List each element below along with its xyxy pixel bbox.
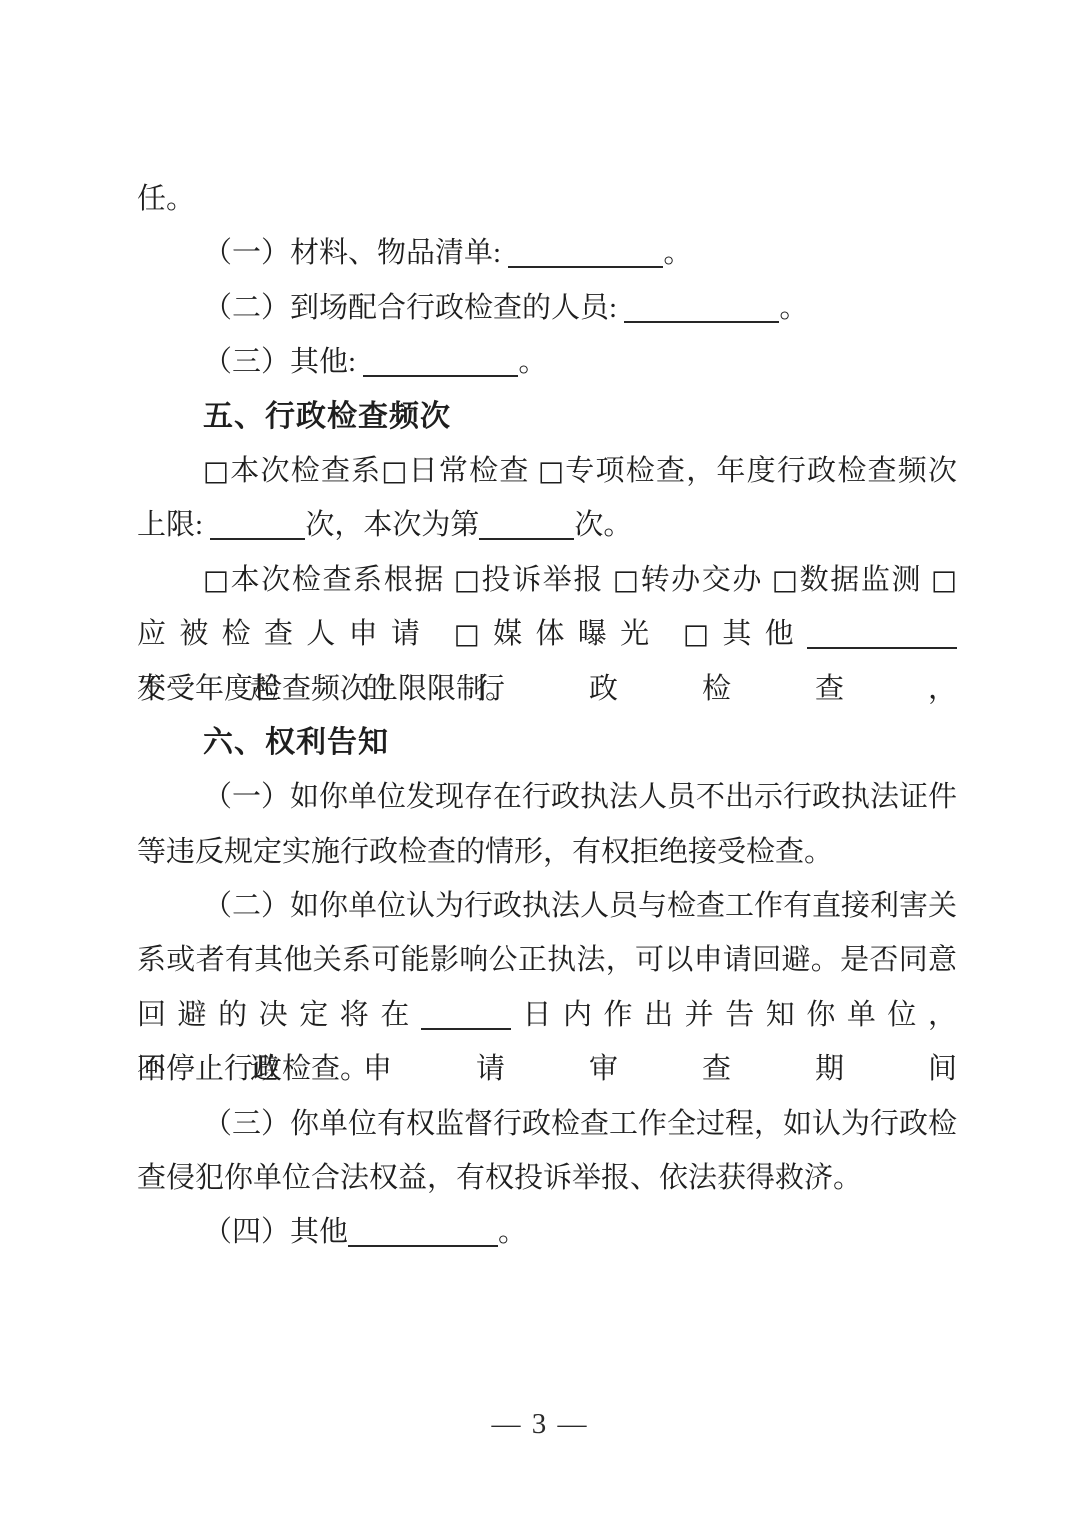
text-run: 不受年度检查频次上限限制。 xyxy=(137,673,514,705)
checkbox-icon: □ xyxy=(203,455,230,487)
text-run: 回避的决定将在 xyxy=(137,999,421,1031)
text-run: （四）其他 xyxy=(203,1216,348,1248)
text-run: 媒体曝光 xyxy=(493,618,683,650)
text-line: （四）其他。 xyxy=(137,1205,957,1259)
text-run: （二）如你单位认为行政执法人员与检查工作有直接利害关 xyxy=(203,890,957,922)
text-line: 回避的决定将在日内作出并告知你单位，回避申请审查期间 xyxy=(137,988,957,1042)
text-line: □本次检查系□日常检查 □专项检查，年度行政检查频次 xyxy=(137,444,957,498)
text-run: 六、权利告知 xyxy=(203,726,389,759)
blank-field xyxy=(421,1028,511,1030)
checkbox-icon: □ xyxy=(381,455,408,487)
text-run: 次。 xyxy=(574,509,632,541)
checkbox-icon: □ xyxy=(538,455,565,487)
text-line: （三）其他: 。 xyxy=(137,335,957,389)
text-line: 系或者有其他关系可能影响公正执法，可以申请回避。是否同意 xyxy=(137,933,957,987)
text-line: □本次检查系根据 □投诉举报 □转办交办 □数据监测 □ xyxy=(137,553,957,607)
checkbox-icon: □ xyxy=(931,564,957,596)
text-run: 投诉举报 xyxy=(482,564,613,596)
checkbox-icon: □ xyxy=(454,564,482,596)
text-run: （二）到场配合行政检查的人员: xyxy=(203,292,624,324)
text-run: 不停止行政检查。 xyxy=(137,1053,369,1085)
text-run: 五、行政检查频次 xyxy=(203,400,451,433)
section-heading: 五、行政检查频次 xyxy=(137,390,957,444)
blank-field xyxy=(210,538,305,540)
blank-field xyxy=(624,321,779,323)
text-run: 等违反规定实施行政检查的情形，有权拒绝接受检查。 xyxy=(137,836,833,868)
text-line: （一）材料、物品清单: 。 xyxy=(137,226,957,280)
text-run: 系或者有其他关系可能影响公正执法，可以申请回避。是否同意 xyxy=(137,944,957,976)
text-line: （一）如你单位发现存在行政执法人员不出示行政执法证件 xyxy=(137,770,957,824)
text-line: （二）如你单位认为行政执法人员与检查工作有直接利害关 xyxy=(137,879,957,933)
checkbox-icon: □ xyxy=(772,564,800,596)
checkbox-icon: □ xyxy=(683,618,722,650)
blank-field xyxy=(363,375,518,377)
text-line: 应被检查人申请 □媒体曝光 □其他发起的行政检查， xyxy=(137,607,957,661)
text-line: （二）到场配合行政检查的人员: 。 xyxy=(137,281,957,335)
text-run: 转办交办 xyxy=(641,564,772,596)
text-run: 本次检查系 xyxy=(230,455,381,487)
blank-field xyxy=(508,266,663,268)
text-run: 数据监测 xyxy=(800,564,931,596)
document-body: 任。（一）材料、物品清单: 。（二）到场配合行政检查的人员: 。（三）其他: 。… xyxy=(137,172,957,1260)
text-run: 次，本次为第 xyxy=(305,509,479,541)
blank-field xyxy=(807,647,957,649)
text-line: 查侵犯你单位合法权益，有权投诉举报、依法获得救济。 xyxy=(137,1151,957,1205)
text-run: （三）其他: xyxy=(203,346,363,378)
text-line: 等违反规定实施行政检查的情形，有权拒绝接受检查。 xyxy=(137,825,957,879)
text-run: （一）如你单位发现存在行政执法人员不出示行政执法证件 xyxy=(203,781,957,813)
text-run: 任。 xyxy=(137,183,195,215)
text-run: （三）你单位有权监督行政检查工作全过程，如认为行政检 xyxy=(203,1108,957,1140)
blank-field xyxy=(479,538,574,540)
text-run: 。 xyxy=(779,292,808,324)
text-run: 其他 xyxy=(722,618,807,650)
checkbox-icon: □ xyxy=(613,564,641,596)
text-run: 。 xyxy=(663,237,692,269)
text-run: （一）材料、物品清单: xyxy=(203,237,508,269)
text-run: 应被检查人申请 xyxy=(137,618,454,650)
text-run: 查侵犯你单位合法权益，有权投诉举报、依法获得救济。 xyxy=(137,1162,862,1194)
text-run: 。 xyxy=(498,1216,527,1248)
text-run: 上限: xyxy=(137,509,210,541)
text-line: （三）你单位有权监督行政检查工作全过程，如认为行政检 xyxy=(137,1097,957,1151)
text-run: 日常检查 xyxy=(409,455,538,487)
text-run: 。 xyxy=(518,346,547,378)
checkbox-icon: □ xyxy=(454,618,493,650)
blank-field xyxy=(348,1245,498,1247)
document-page: 任。（一）材料、物品清单: 。（二）到场配合行政检查的人员: 。（三）其他: 。… xyxy=(0,0,1080,1527)
text-line: 任。 xyxy=(137,172,957,226)
page-number: — 3 — xyxy=(0,1408,1080,1441)
checkbox-icon: □ xyxy=(203,564,231,596)
text-line: 上限: 次，本次为第次。 xyxy=(137,498,957,552)
text-run: 专项检查，年度行政检查频次 xyxy=(565,455,957,487)
section-heading: 六、权利告知 xyxy=(137,716,957,770)
text-run: 本次检查系根据 xyxy=(231,564,454,596)
